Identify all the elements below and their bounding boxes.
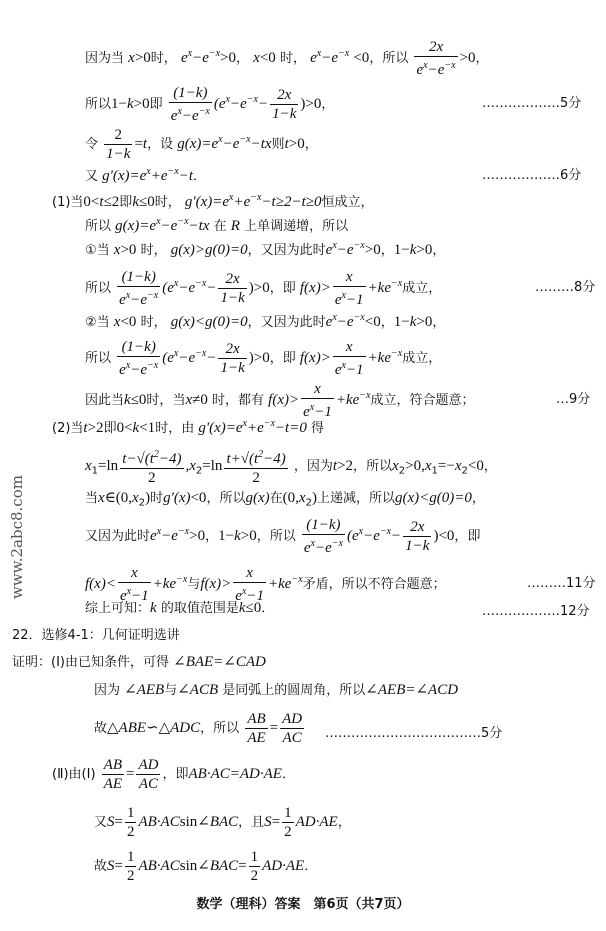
text: ， [206, 491, 219, 506]
line-8: 所以 (1−k)ex−e−x(ex−e−x−2x1−k)>0，即 f(x)>xe… [85, 268, 441, 309]
text: 因为 [94, 683, 120, 698]
text: 故 [94, 859, 107, 874]
fraction: (1−k)ex−e−x [117, 338, 160, 379]
text: 所以 [270, 529, 296, 544]
fraction: (1−k)ex−e−x [302, 516, 345, 557]
text: 时， [141, 243, 167, 258]
text: 又 [85, 169, 98, 184]
text: 时， [280, 51, 306, 66]
text: 所以 [366, 459, 392, 474]
text: ， [432, 243, 445, 258]
text: 上单调递增，所以 [244, 219, 348, 234]
text: 即 [119, 195, 132, 210]
line-17: 综上可知：k 的取值范围是k≤0． [85, 600, 274, 617]
watermark: www.2abc8.com [8, 459, 26, 599]
text: 故 [94, 721, 107, 736]
text: sin [180, 814, 198, 830]
line-22: (Ⅱ)由(Ⅰ) ABAE=ADAC，即AB·AC=AD·AE． [52, 756, 295, 793]
text: 则 [272, 137, 285, 152]
text: 在 [214, 219, 227, 234]
line-20: 因为 ∠AEB与∠ACB 是同弧上的圆周角，所以∠AEB=∠ACD [94, 682, 458, 699]
fraction: ABAE [245, 710, 267, 747]
text: 又因为此时 [261, 243, 326, 258]
fraction: ADAC [280, 710, 304, 747]
fraction: t+√(t2−4)2 [224, 446, 287, 487]
fraction: 2x1−k [270, 86, 298, 123]
text: (Ⅱ)由(Ⅰ) [52, 767, 96, 782]
line-3: 令 21−k=t，设 g(x)=ex−e−x−tx则t>0， [85, 126, 318, 163]
line-10: 所以 (1−k)ex−e−x(ex−e−x−2x1−k)>0，即 f(x)>xe… [85, 338, 441, 379]
text: 是同弧上的圆周角，所以 [222, 683, 365, 698]
text: 时， [146, 393, 172, 408]
fraction: 12 [125, 848, 137, 885]
text: 在 [270, 491, 283, 506]
fraction: 21−k [104, 126, 132, 163]
score-9: …9分 [556, 388, 590, 407]
fraction: xex−1 [118, 564, 151, 605]
text: 成立， [402, 281, 441, 296]
score-5b: ………………………………5分 [325, 722, 502, 741]
text: ， [381, 315, 394, 330]
text: ， [257, 529, 270, 544]
section-22-title: 22．选修4-1：几何证明选讲 [12, 628, 180, 644]
text: ， [321, 97, 334, 112]
text: ， [270, 281, 283, 296]
text: 得 [311, 421, 324, 436]
text: 即 [467, 529, 480, 544]
line-24: 故S=12AB·ACsin∠BAC=12AD·AE． [94, 848, 317, 885]
text: 与 [164, 683, 177, 698]
text: ，设 [147, 137, 173, 152]
text: ， [369, 51, 382, 66]
text: ． [261, 601, 274, 616]
text: ， [205, 529, 218, 544]
fraction: ADAC [136, 756, 160, 793]
line-13: x1=lnt−√(t2−4)2,x2=lnt+√(t2−4)2 ，因为t>2，所… [85, 446, 497, 487]
text: 上递减，所以 [317, 491, 395, 506]
text: 又因为此时 [85, 529, 150, 544]
text: 的取值范围是 [161, 601, 239, 616]
text: ， [476, 51, 489, 66]
text: 时， [141, 315, 167, 330]
text: 所以 [213, 721, 239, 736]
text: ， [270, 351, 283, 366]
line-9: ②当 x<0 时， g(x)<g(0)=0，又因为此时ex−e−x<0，1−k>… [85, 310, 445, 331]
text: 时， [151, 51, 177, 66]
line-6: 所以 g(x)=ex−e−x−tx 在 R 上单调递增，所以 [85, 214, 348, 235]
text: 即 [104, 421, 117, 436]
fraction: xex−1 [301, 380, 334, 421]
score-12: ………………12分 [482, 600, 590, 619]
fraction: 2xex−e−x [414, 38, 457, 79]
text: 所以 [382, 51, 408, 66]
text: 时， [155, 195, 181, 210]
text: 令 [85, 137, 98, 152]
text: ，由 [168, 421, 194, 436]
fraction: 2x1−k [403, 518, 431, 555]
line-15: 又因为此时ex−e−x>0，1−k>0，所以 (1−k)ex−e−x(ex−e−… [85, 516, 480, 557]
text: 因为当 [85, 51, 124, 66]
fraction: 12 [249, 848, 261, 885]
text: ， [472, 491, 485, 506]
line-2: 所以1−k>0即 (1−k)ex−e−x(ex−e−x−2x1−k)>0， [85, 84, 334, 125]
score-5: ………………5分 [482, 92, 581, 111]
text: 矛盾，所以不符合题意； [303, 577, 446, 592]
text: ， [381, 243, 394, 258]
text: ， [338, 815, 351, 830]
text: 所以 [85, 351, 111, 366]
text: ， [484, 459, 497, 474]
line-23: 又S=12AB·ACsin∠BAC，且S=12AD·AE， [94, 804, 351, 841]
text: 成立，符合题意； [370, 393, 474, 408]
fraction: 12 [282, 804, 294, 841]
score-6: ………………6分 [482, 164, 581, 183]
line-12: (2)当t>2即0<k<1时，由 g'(x)=ex+e−x−t=0 得 [52, 416, 324, 437]
text: 即 [150, 97, 163, 112]
text: ②当 [85, 315, 110, 330]
fraction: xex−1 [233, 564, 266, 605]
score-11: ………11分 [527, 572, 596, 591]
text: 证明：(Ⅰ)由已知条件，可得 [12, 655, 169, 670]
fraction: (1−k)ex−e−x [117, 268, 160, 309]
line-1: 因为当 x>0时， ex−e−x>0， x<0 时， ex−e−x <0，所以 … [85, 38, 489, 79]
text: ， [353, 459, 366, 474]
text: 成立， [402, 351, 441, 366]
line-11: 因此当k≤0时，当x≠0 时，都有 f(x)>xex−1+ke−x成立，符合题意… [85, 380, 474, 421]
text: ，因为 [294, 459, 333, 474]
page-footer: 数学（理科）答案 第6页（共7页） [0, 893, 606, 912]
fraction: 12 [125, 804, 137, 841]
fraction: t−√(t2−4)2 [120, 446, 183, 487]
text: 即 [283, 281, 296, 296]
text: 因此当 [85, 393, 124, 408]
line-7: ①当 x>0 时， g(x)>g(0)=0，又因为此时ex−e−x>0，1−k>… [85, 238, 445, 259]
text: (1)当 [52, 195, 83, 210]
text: 所以 [85, 281, 111, 296]
fraction: xex−1 [333, 338, 366, 379]
text: sin [180, 858, 198, 874]
line-4: 又 g'(x)=ex+e−x−t． [85, 164, 206, 185]
text: 所以 [85, 97, 111, 112]
text: 与 [187, 577, 200, 592]
text: 综上可知： [85, 601, 150, 616]
text: ， [248, 243, 261, 258]
text: 所以 [219, 491, 245, 506]
text: ，且 [238, 815, 264, 830]
line-5: (1)当0<t≤2即k≤0时， g'(x)=ex+e−x−t≥2−t≥0恒成立， [52, 190, 374, 211]
text: ． [193, 169, 206, 184]
text: ， [454, 529, 467, 544]
proof-part1: 证明：(Ⅰ)由已知条件，可得 ∠BAE=∠CAD [12, 654, 266, 671]
text: ①当 [85, 243, 110, 258]
text: 时，都有 [212, 393, 264, 408]
fraction: xex−1 [333, 268, 366, 309]
text: ， [162, 767, 175, 782]
fraction: 2x1−k [218, 340, 246, 377]
text: ， [432, 315, 445, 330]
text: (2)当 [52, 421, 83, 436]
text: ． [304, 859, 317, 874]
text: 所以 [85, 219, 111, 234]
text: 又 [94, 815, 107, 830]
text: ． [282, 767, 295, 782]
text: ， [200, 721, 213, 736]
line-14: 当x∈(0,x2)时g'(x)<0，所以g(x)在(0,x2)上递减，所以g(x… [85, 490, 485, 512]
text: ， [248, 315, 261, 330]
fraction: (1−k)ex−e−x [169, 84, 212, 125]
text: 即 [175, 767, 188, 782]
line-16: f(x)<xex−1+ke−x与f(x)>xex−1+ke−x矛盾，所以不符合题… [85, 564, 446, 605]
fraction: ABAE [102, 756, 124, 793]
text: 又因为此时 [261, 315, 326, 330]
line-21: 故△ABE∽△ADC，所以 ABAE=ADAC [94, 710, 306, 747]
fraction: 2x1−k [218, 270, 246, 307]
text: 恒成立， [321, 195, 373, 210]
text: 即 [283, 351, 296, 366]
text: ， [236, 51, 249, 66]
text: ， [305, 137, 318, 152]
score-8: ………8分 [535, 276, 595, 295]
